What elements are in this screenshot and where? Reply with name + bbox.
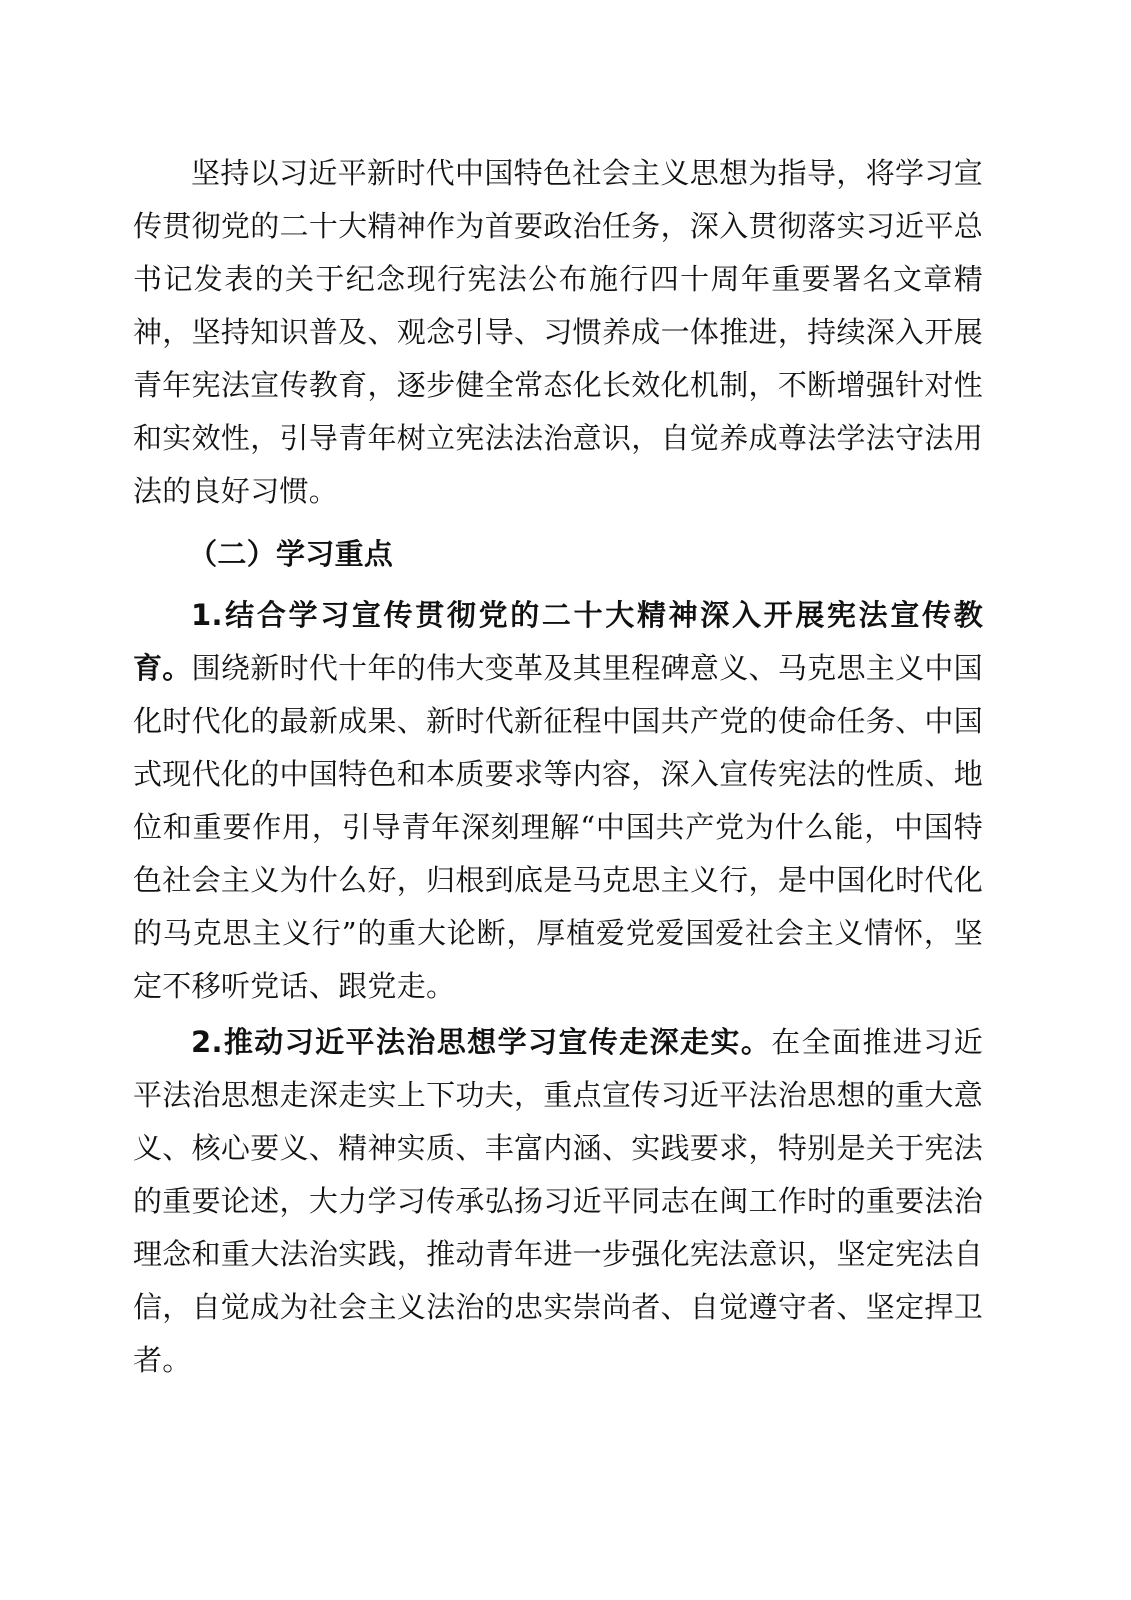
- intro-paragraph: 坚持以习近平新时代中国特色社会主义思想为指导，将学习宣传贯彻党的二十大精神作为首…: [133, 147, 983, 518]
- section-heading: （二）学习重点: [133, 528, 983, 581]
- study-item-2-title: 2.推动习近平法治思想学习宣传走深走实。: [191, 1025, 771, 1059]
- study-item-2: 2.推动习近平法治思想学习宣传走深走实。在全面推进习近平法治思想走深走实上下功夫…: [133, 1016, 983, 1387]
- document-page: 坚持以习近平新时代中国特色社会主义思想为指导，将学习宣传贯彻党的二十大精神作为首…: [133, 147, 983, 1387]
- study-item-2-body: 在全面推进习近平法治思想走深走实上下功夫，重点宣传习近平法治思想的重大意义、核心…: [133, 1025, 983, 1377]
- study-item-1: 1.结合学习宣传贯彻党的二十大精神深入开展宪法宣传教育。围绕新时代十年的伟大变革…: [133, 589, 983, 1013]
- study-item-1-body: 围绕新时代十年的伟大变革及其里程碑意义、马克思主义中国化时代化的最新成果、新时代…: [133, 651, 983, 1003]
